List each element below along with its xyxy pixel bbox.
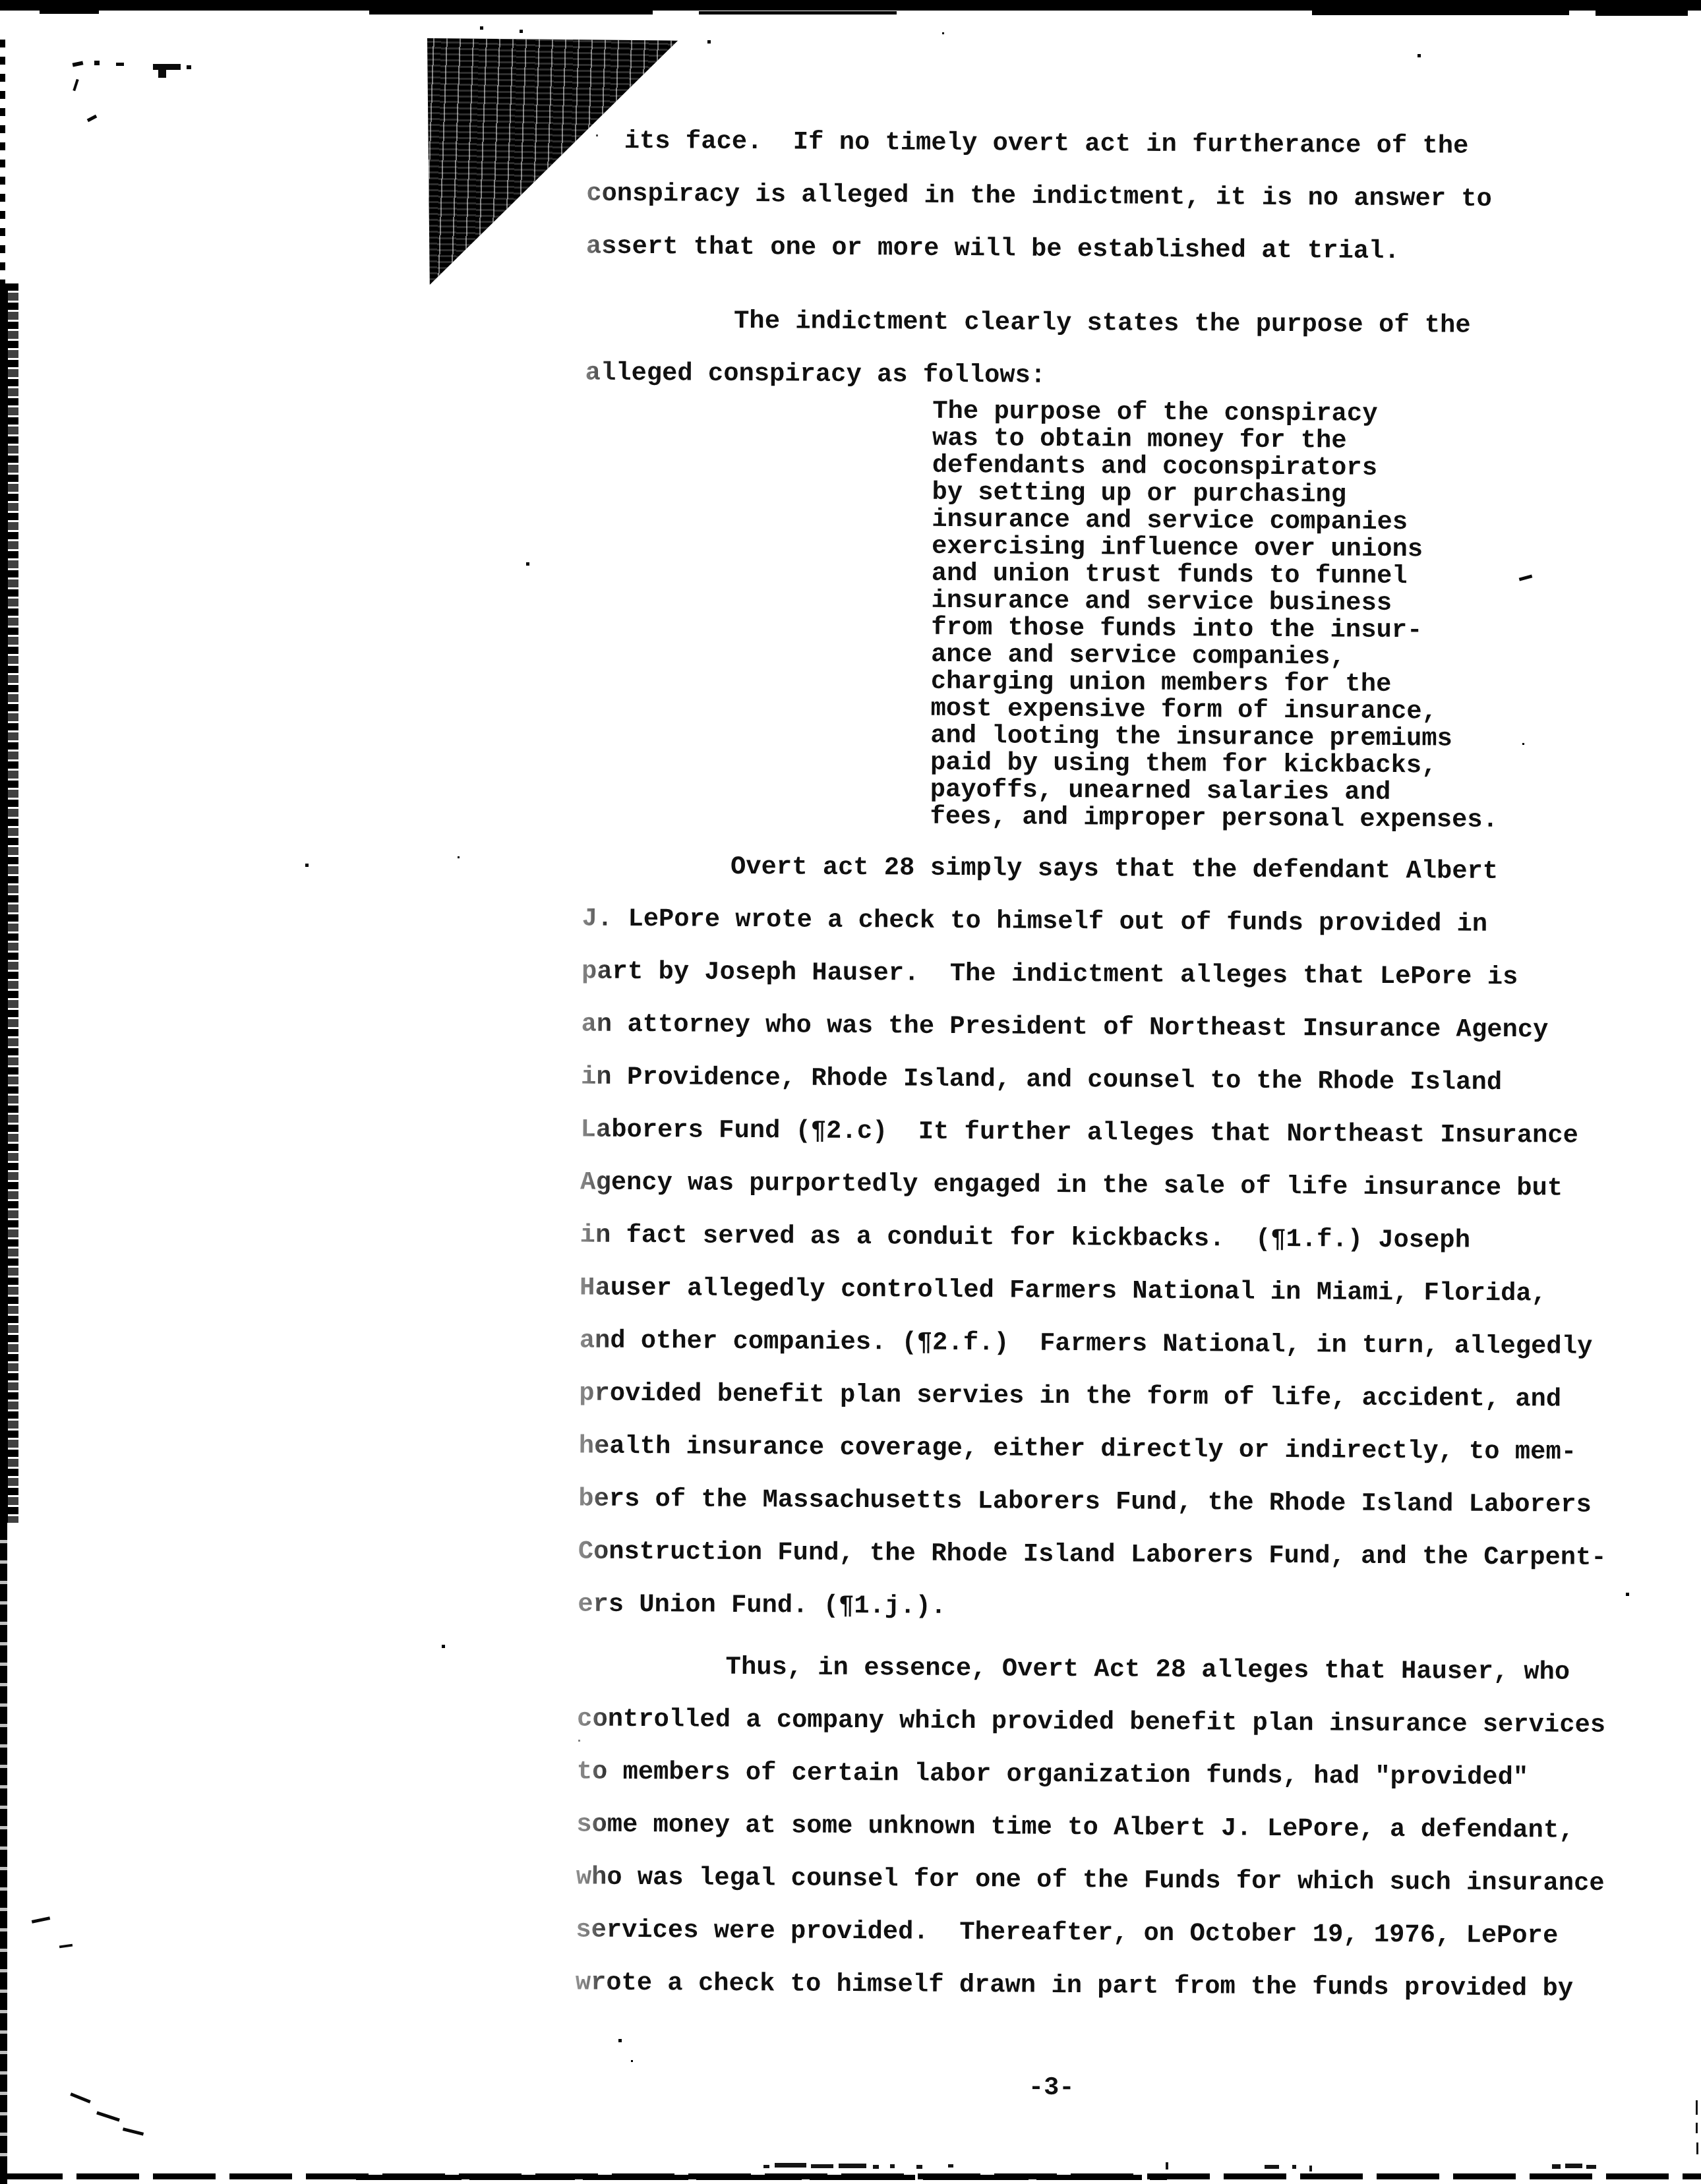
text-line: fees, and improper personal expenses. (930, 804, 1498, 834)
scanned-document-page: its face. If no timely overt act in furt… (0, 0, 1701, 2184)
text-line: Agency was purportedly engaged in the sa… (580, 1156, 1609, 1215)
scan-noise-mark (890, 2164, 895, 2168)
scan-noise-mark (811, 2164, 833, 2168)
scan-mark (158, 70, 166, 78)
text-line: Thus, in essence, Overt Act 28 alleges t… (577, 1639, 1605, 1699)
scan-left-edge-dashes (0, 40, 5, 283)
text-line: J. LePore wrote a check to himself out o… (582, 893, 1610, 952)
scan-noise-mark (1292, 2165, 1296, 2169)
paragraph-summary: Thus, in essence, Overt Act 28 alleges t… (575, 1639, 1605, 2015)
scan-mark (153, 64, 181, 70)
scan-noise-mark (775, 2163, 806, 2168)
text-line: health insurance coverage, either direct… (578, 1419, 1607, 1479)
text-line: bers of the Massachusetts Laborers Fund,… (578, 1472, 1607, 1531)
document-text-layer: its face. If no timely overt act in furt… (0, 0, 1701, 2184)
scan-noise-mark (1265, 2165, 1279, 2169)
scan-noise-mark (916, 2165, 922, 2169)
paragraph-continuation: its face. If no timely overt act in furt… (586, 115, 1493, 278)
scan-mark (187, 65, 191, 69)
paragraph-overt-act-28: Overt act 28 simply says that the defend… (578, 840, 1611, 1638)
text-line: Construction Fund, the Rhode Island Labo… (578, 1525, 1606, 1584)
page-number: -3- (1029, 2073, 1075, 2102)
scan-right-edge-dash (1696, 2123, 1698, 2133)
text-line: its face. If no timely overt act in furt… (587, 115, 1493, 173)
scan-edge-bar-top (0, 0, 1701, 11)
scan-noise-mark (1309, 2166, 1312, 2171)
scan-mark (116, 63, 124, 66)
scan-mark (94, 61, 100, 65)
text-line: The indictment clearly states the purpos… (585, 294, 1471, 352)
text-line: provided benefit plan servies in the for… (579, 1367, 1607, 1426)
scan-noise-mark (873, 2165, 879, 2169)
text-line: part by Joseph Hauser. The indictment al… (582, 945, 1610, 1005)
scan-bar-fragment (1596, 10, 1688, 16)
paragraph-quote-intro: The indictment clearly states the purpos… (585, 294, 1470, 405)
scan-bar-fragment (699, 11, 897, 15)
scan-noise-mark (948, 2164, 953, 2168)
text-line: who was legal counsel for one of the Fun… (576, 1850, 1604, 1910)
scan-noise-mark (1552, 2164, 1561, 2169)
text-line: in Providence, Rhode Island, and counsel… (581, 1051, 1609, 1110)
text-line: controlled a company which provided bene… (577, 1692, 1605, 1752)
text-line: alleged conspiracy as follows: (585, 347, 1470, 405)
text-line: an attorney who was the President of Nor… (581, 998, 1609, 1057)
text-line: Laborers Fund (¶2.c) It further alleges … (580, 1104, 1609, 1163)
text-line: wrote a check to himself drawn in part f… (575, 1956, 1603, 2015)
text-line: and other companies. (¶2.f.) Farmers Nat… (579, 1314, 1607, 1373)
scan-bar-fragment (369, 11, 653, 15)
scan-noise-mark (763, 2165, 769, 2168)
text-line: services were provided. Thereafter, on O… (576, 1903, 1604, 1963)
text-line: in fact served as a conduit for kickback… (580, 1208, 1608, 1268)
scan-noise-mark (839, 2164, 866, 2168)
scan-noise-mark (1565, 2164, 1582, 2168)
scan-right-edge-dash (1696, 2142, 1698, 2154)
scan-noise-mark (1586, 2165, 1596, 2169)
text-line: conspiracy is alleged in the indictment,… (586, 167, 1492, 225)
text-line: some money at some unknown time to Alber… (576, 1798, 1605, 1857)
text-line: to members of certain labor organization… (576, 1745, 1605, 1804)
block-quote-conspiracy-purpose: The purpose of the conspiracywas to obta… (930, 398, 1500, 834)
scan-noise-mark (1166, 2162, 1168, 2169)
scan-bar-fragment (1312, 11, 1569, 15)
scan-right-edge-dash (1696, 2100, 1698, 2115)
text-line: ers Union Fund. (¶1.j.). (578, 1578, 1606, 1637)
text-line: assert that one or more will be establis… (586, 220, 1492, 278)
text-line: Overt act 28 simply says that the defend… (582, 840, 1611, 899)
scan-bar-fragment (40, 11, 99, 14)
text-line: Hauser allegedly controlled Farmers Nati… (580, 1261, 1608, 1320)
